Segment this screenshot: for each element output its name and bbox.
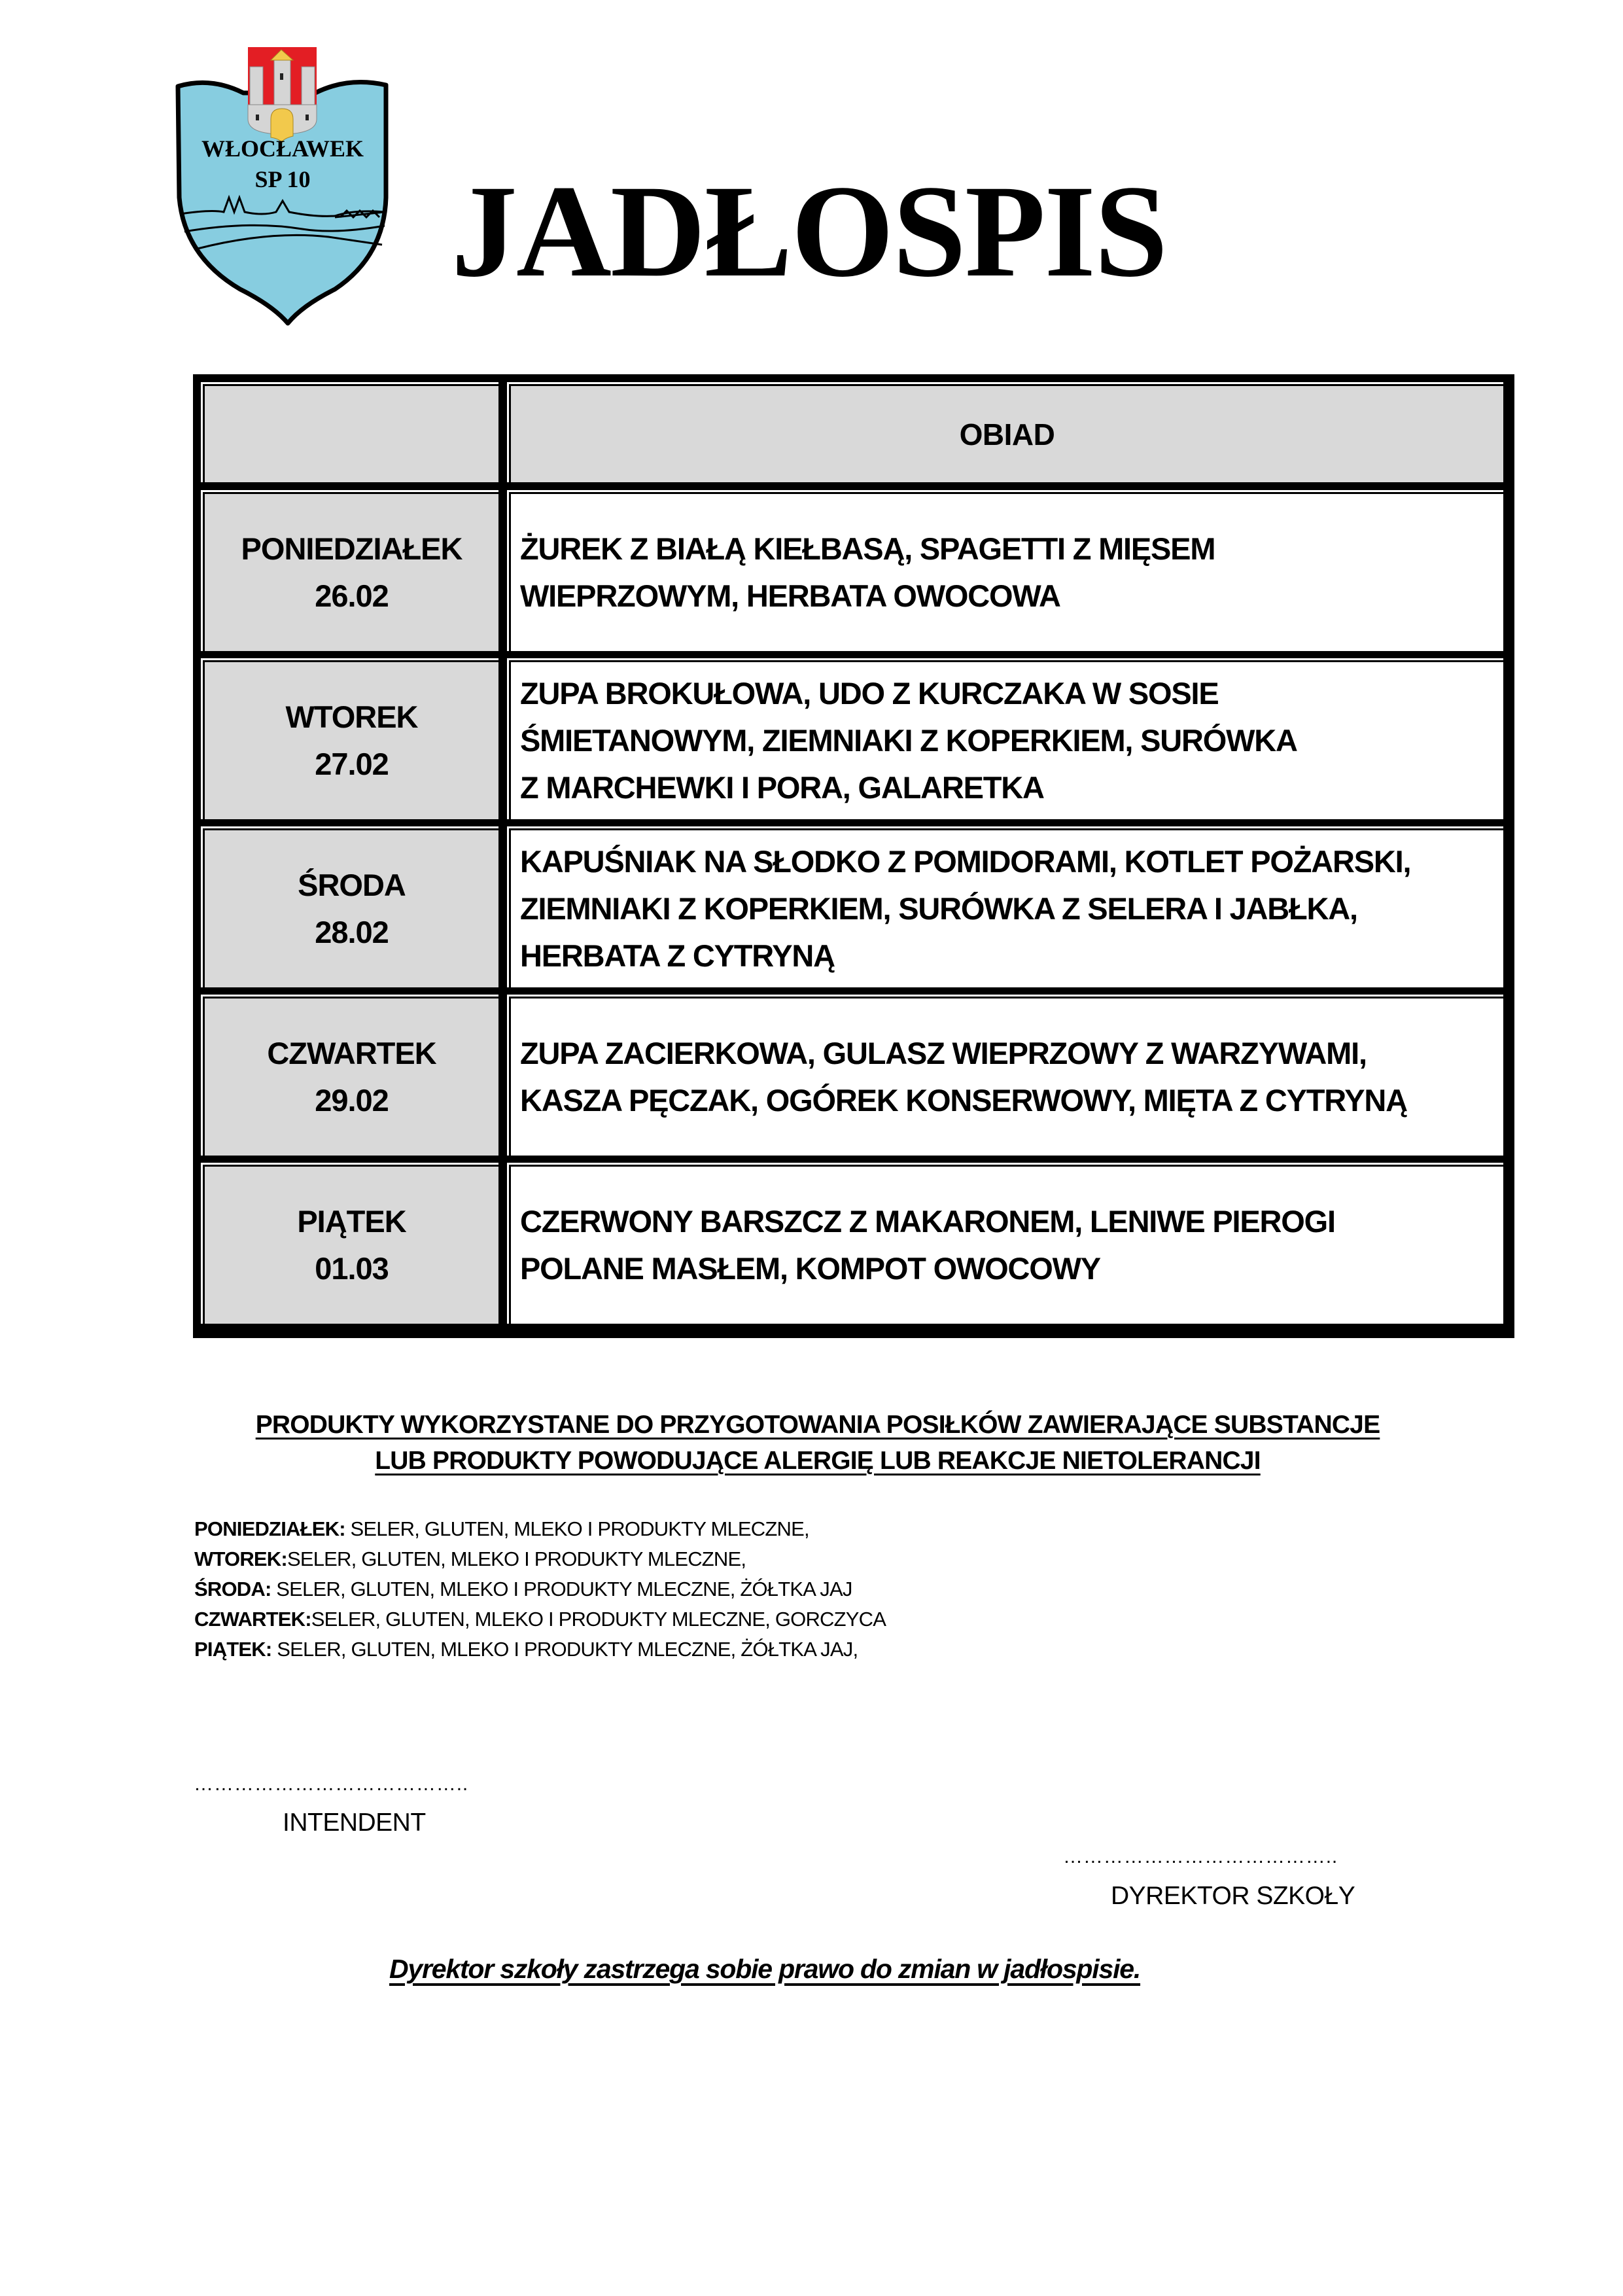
school-logo: WŁOCŁAWEK SP 10: [171, 41, 394, 328]
meal-line: ZUPA BROKUŁOWA, UDO Z KURCZAKA W SOSIE: [520, 670, 1503, 717]
day-name: PIĄTEK: [297, 1198, 406, 1245]
director-label: DYREKTOR SZKOŁY: [1111, 1882, 1355, 1911]
meal-line: POLANE MASŁEM, KOMPOT OWOCOWY: [520, 1245, 1503, 1292]
day-cell: WTOREK27.02: [205, 662, 498, 819]
day-name: PONIEDZIAŁEK: [241, 525, 462, 573]
allergen-day: PONIEDZIAŁEK:: [194, 1517, 345, 1540]
allergen-text: SELER, GLUTEN, MLEKO I PRODUKTY MLECZNE,…: [311, 1608, 886, 1631]
disclaimer-note: Dyrektor szkoły zastrzega sobie prawo do…: [389, 1952, 1140, 1985]
day-date: 27.02: [315, 741, 389, 788]
director-signature-line: …………………………………..: [1063, 1847, 1338, 1867]
day-name: ŚRODA: [298, 862, 406, 909]
day-name: WTOREK: [285, 694, 417, 741]
day-date: 29.02: [315, 1077, 389, 1124]
intendent-label: INTENDENT: [283, 1809, 426, 1837]
allergen-day: PIĄTEK:: [194, 1638, 271, 1661]
page-title: JADŁOSPIS: [451, 162, 1178, 300]
day-cell: ŚRODA28.02: [205, 830, 498, 987]
day-cell: PIĄTEK01.03: [205, 1167, 498, 1324]
allergen-heading: PRODUKTY WYKORZYSTANE DO PRZYGOTOWANIA P…: [170, 1407, 1465, 1479]
column-header-obiad: OBIAD: [960, 417, 1055, 452]
header-day-cell: [205, 386, 498, 482]
allergen-item: PIĄTEK: SELER, GLUTEN, MLEKO I PRODUKTY …: [194, 1634, 1110, 1665]
meal-cell: ZUPA ZACIERKOWA, GULASZ WIEPRZOWY Z WARZ…: [511, 998, 1503, 1156]
meal-line: ŻUREK Z BIAŁĄ KIEŁBASĄ, SPAGETTI Z MIĘSE…: [520, 525, 1503, 573]
allergen-list: PONIEDZIAŁEK: SELER, GLUTEN, MLEKO I PRO…: [194, 1514, 1110, 1665]
day-cell: CZWARTEK29.02: [205, 998, 498, 1156]
allergen-item: CZWARTEK:SELER, GLUTEN, MLEKO I PRODUKTY…: [194, 1604, 1110, 1634]
meal-cell: CZERWONY BARSZCZ Z MAKARONEM, LENIWE PIE…: [511, 1167, 1503, 1324]
meal-line: KAPUŚNIAK NA SŁODKO Z POMIDORAMI, KOTLET…: [520, 838, 1503, 885]
meal-line: KASZA PĘCZAK, OGÓREK KONSERWOWY, MIĘTA Z…: [520, 1077, 1503, 1124]
allergen-text: SELER, GLUTEN, MLEKO I PRODUKTY MLECZNE,…: [271, 1578, 852, 1600]
city-crest: [248, 47, 317, 143]
meal-cell: ZUPA BROKUŁOWA, UDO Z KURCZAKA W SOSIEŚM…: [511, 662, 1503, 819]
allergen-text: SELER, GLUTEN, MLEKO I PRODUKTY MLECZNE,…: [271, 1638, 858, 1661]
logo-school-name: SP 10: [171, 166, 394, 192]
meal-cell: KAPUŚNIAK NA SŁODKO Z POMIDORAMI, KOTLET…: [511, 830, 1503, 987]
menu-table: OBIAD PONIEDZIAŁEK26.02ŻUREK Z BIAŁĄ KIE…: [193, 374, 1514, 1338]
day-date: 28.02: [315, 909, 389, 956]
meal-line: CZERWONY BARSZCZ Z MAKARONEM, LENIWE PIE…: [520, 1198, 1503, 1245]
meal-line: Z MARCHEWKI I PORA, GALARETKA: [520, 764, 1503, 811]
allergen-item: PONIEDZIAŁEK: SELER, GLUTEN, MLEKO I PRO…: [194, 1514, 1110, 1544]
allergen-heading-line-1: PRODUKTY WYKORZYSTANE DO PRZYGOTOWANIA P…: [256, 1411, 1380, 1439]
header-meal-cell: OBIAD: [511, 386, 1503, 482]
intendent-signature-line: …………………………………..: [194, 1775, 468, 1794]
allergen-heading-line-2: LUB PRODUKTY POWODUJĄCE ALERGIĘ LUB REAK…: [375, 1447, 1260, 1475]
day-date: 01.03: [315, 1245, 389, 1292]
allergen-text: SELER, GLUTEN, MLEKO I PRODUKTY MLECZNE,: [287, 1547, 746, 1570]
day-date: 26.02: [315, 573, 389, 620]
allergen-day: WTOREK:: [194, 1547, 287, 1570]
meal-cell: ŻUREK Z BIAŁĄ KIEŁBASĄ, SPAGETTI Z MIĘSE…: [511, 494, 1503, 651]
logo-city-name: WŁOCŁAWEK: [171, 135, 394, 162]
meal-line: HERBATA Z CYTRYNĄ: [520, 932, 1503, 980]
allergen-item: WTOREK:SELER, GLUTEN, MLEKO I PRODUKTY M…: [194, 1544, 1110, 1574]
allergen-item: ŚRODA: SELER, GLUTEN, MLEKO I PRODUKTY M…: [194, 1574, 1110, 1604]
allergen-text: SELER, GLUTEN, MLEKO I PRODUKTY MLECZNE,: [345, 1517, 809, 1540]
meal-line: ZUPA ZACIERKOWA, GULASZ WIEPRZOWY Z WARZ…: [520, 1030, 1503, 1077]
meal-line: ŚMIETANOWYM, ZIEMNIAKI Z KOPERKIEM, SURÓ…: [520, 717, 1503, 764]
meal-line: ZIEMNIAKI Z KOPERKIEM, SURÓWKA Z SELERA …: [520, 885, 1503, 932]
allergen-day: CZWARTEK:: [194, 1608, 311, 1631]
day-name: CZWARTEK: [267, 1030, 436, 1077]
meal-line: WIEPRZOWYM, HERBATA OWOCOWA: [520, 573, 1503, 620]
day-cell: PONIEDZIAŁEK26.02: [205, 494, 498, 651]
allergen-day: ŚRODA:: [194, 1578, 271, 1600]
